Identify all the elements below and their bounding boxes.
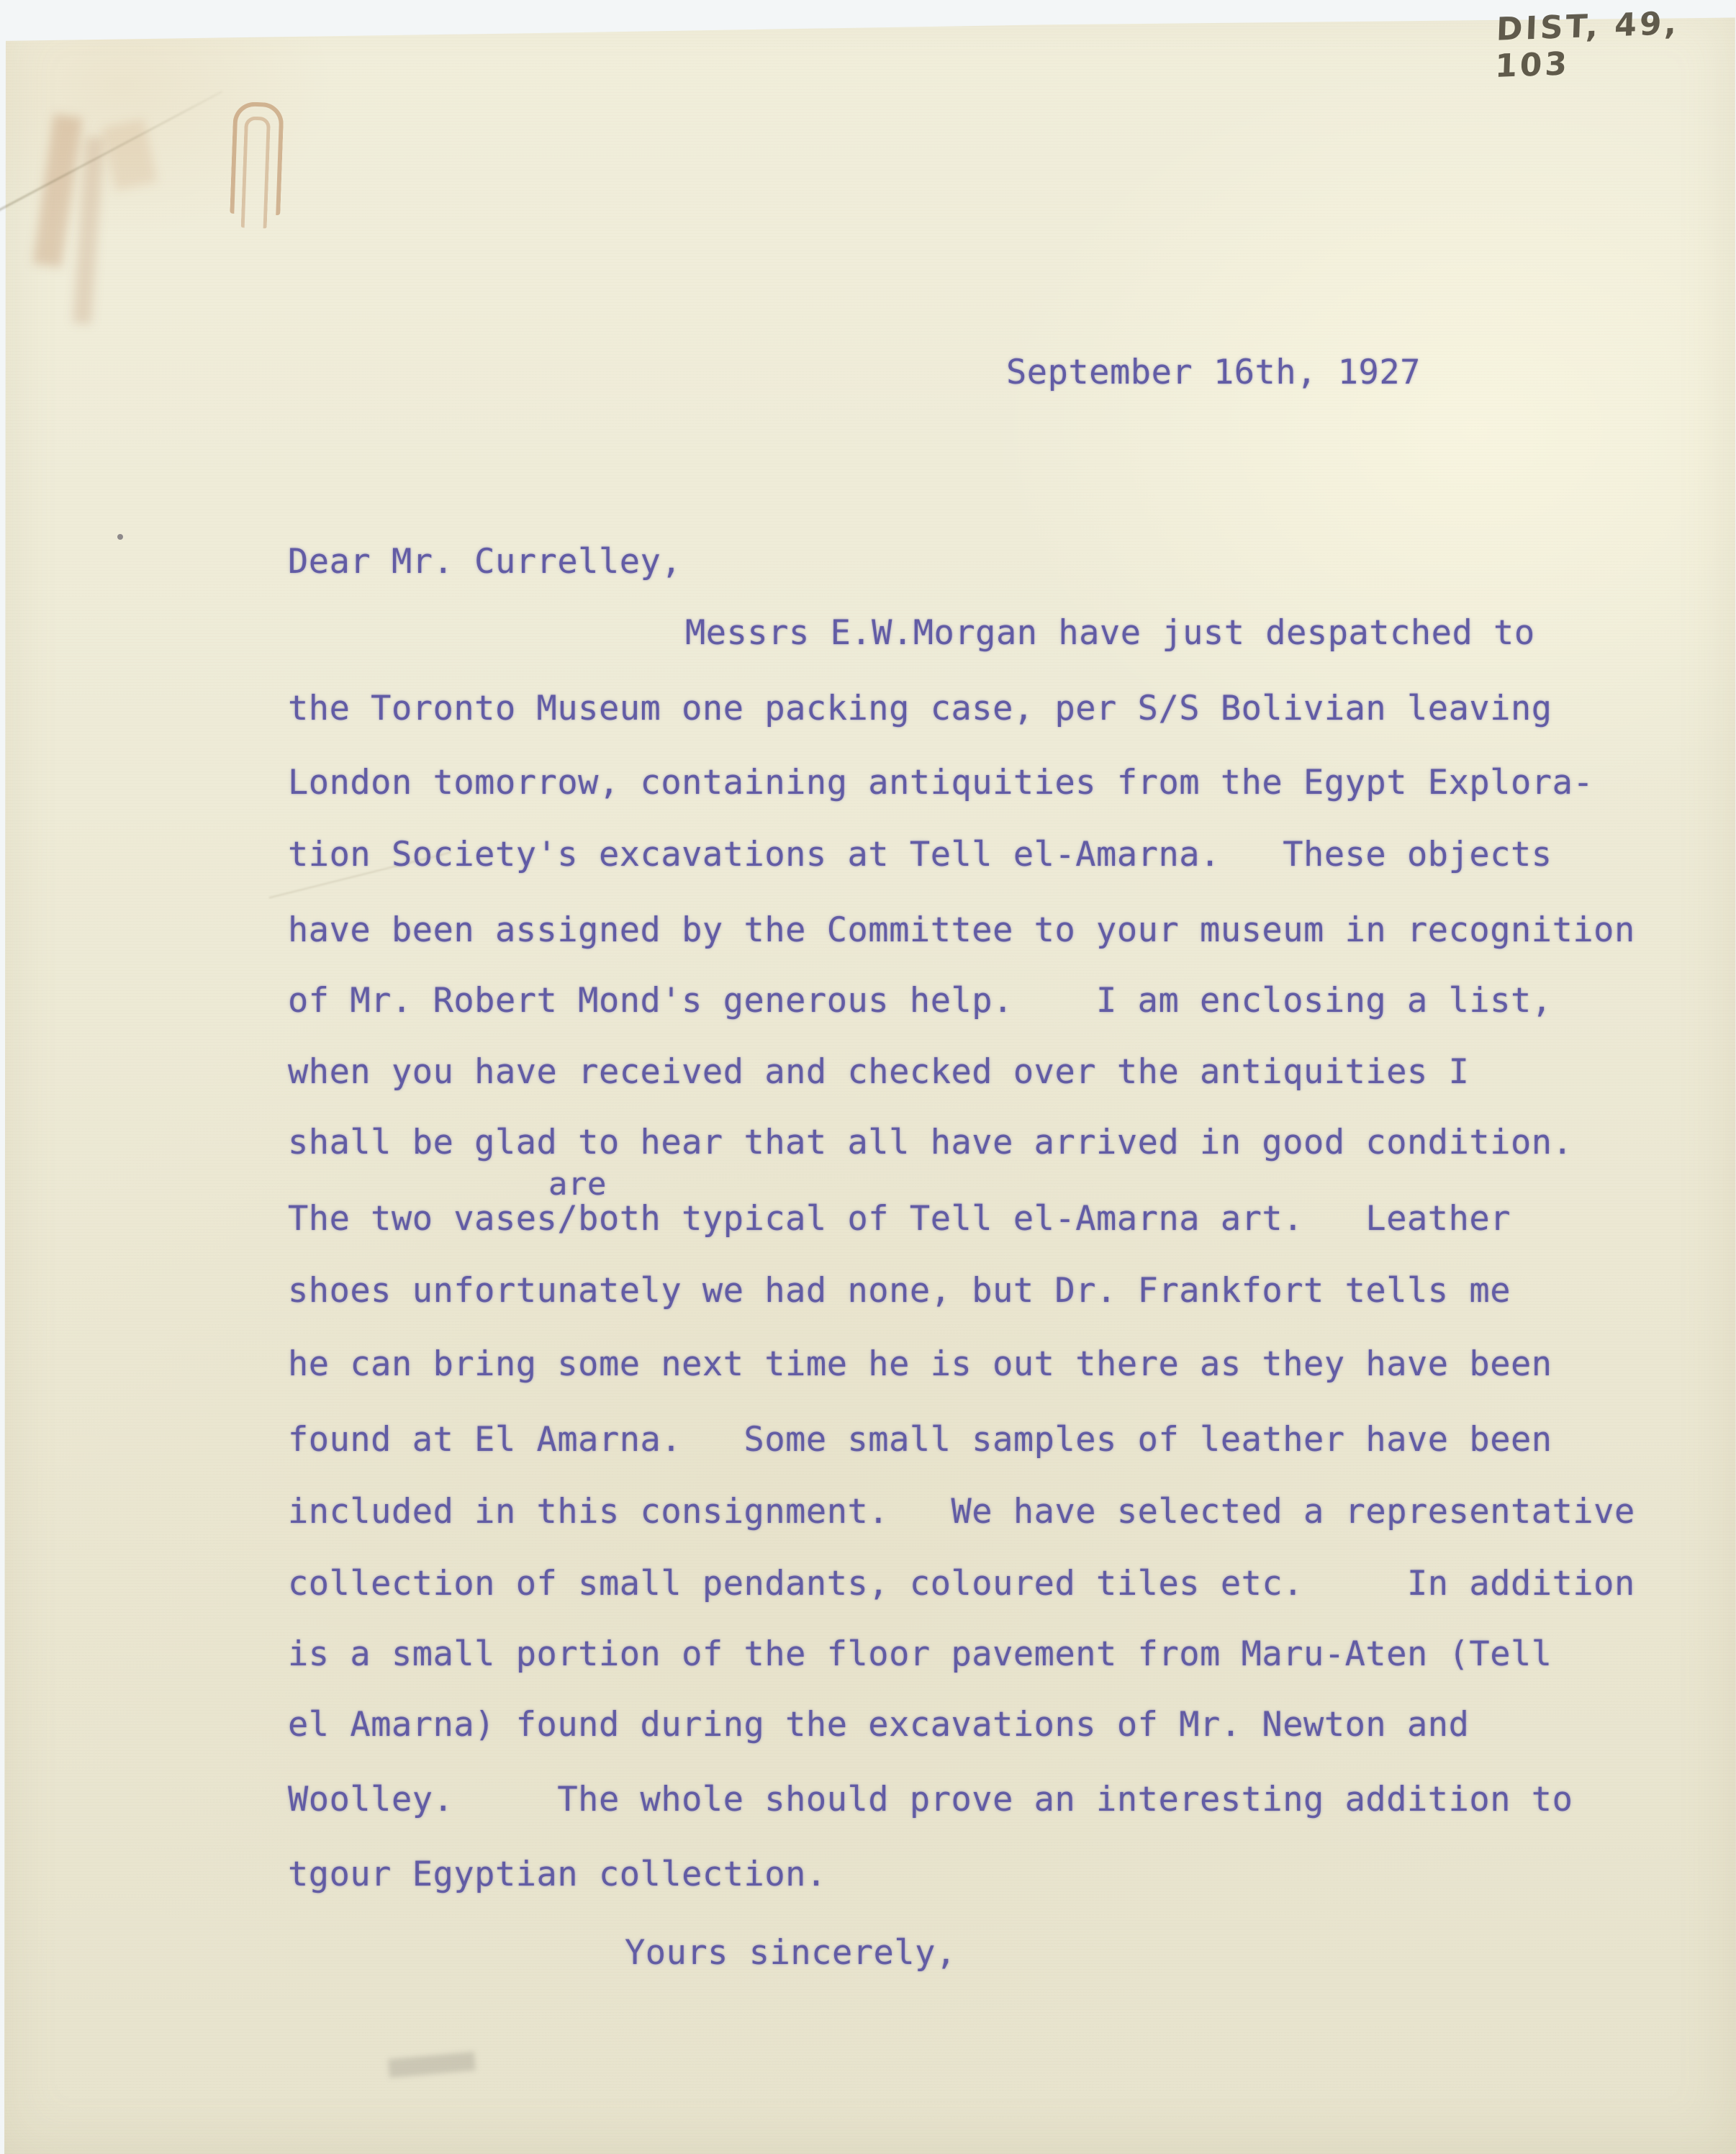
closing-line: Yours sincerely, <box>625 1936 957 1970</box>
body-line: tgour Egyptian collection. <box>288 1857 827 1891</box>
ink-dot <box>117 534 123 540</box>
archival-annotation: DIST, 49, 103 <box>1494 3 1736 85</box>
body-line: London tomorrow, containing antiquities … <box>288 766 1593 800</box>
interline-insertion: are <box>548 1169 607 1200</box>
body-line: included in this consignment. We have se… <box>288 1495 1635 1529</box>
body-line: Messrs E.W.Morgan have just despatched t… <box>685 616 1535 650</box>
body-line: Woolley. The whole should prove an inter… <box>288 1783 1573 1816</box>
body-line: shoes unfortunately we had none, but Dr.… <box>288 1274 1511 1308</box>
body-line: shall be glad to hear that all have arri… <box>288 1126 1573 1159</box>
body-line: have been assigned by the Committee to y… <box>288 913 1635 947</box>
body-line: tion Society's excavations at Tell el-Am… <box>288 838 1552 872</box>
paperclip-stain <box>230 101 284 215</box>
date-line: September 16th, 1927 <box>1006 356 1421 389</box>
body-line: of Mr. Robert Mond's generous help. I am… <box>288 984 1552 1018</box>
body-line: found at El Amarna. Some small samples o… <box>288 1423 1552 1457</box>
body-line: The two vases/both typical of Tell el-Am… <box>288 1202 1511 1236</box>
body-line: the Toronto Museum one packing case, per… <box>288 692 1552 725</box>
body-line: collection of small pendants, coloured t… <box>288 1567 1635 1601</box>
salutation-line: Dear Mr. Currelley, <box>288 545 682 579</box>
body-line: is a small portion of the floor pavement… <box>288 1637 1552 1671</box>
body-line: he can bring some next time he is out th… <box>288 1347 1552 1381</box>
body-line: when you have received and checked over … <box>288 1055 1469 1089</box>
body-line: el Amarna) found during the excavations … <box>288 1708 1469 1742</box>
scanned-letter-page: DIST, 49, 103 September 16th, 1927 Dear … <box>0 0 1736 2154</box>
